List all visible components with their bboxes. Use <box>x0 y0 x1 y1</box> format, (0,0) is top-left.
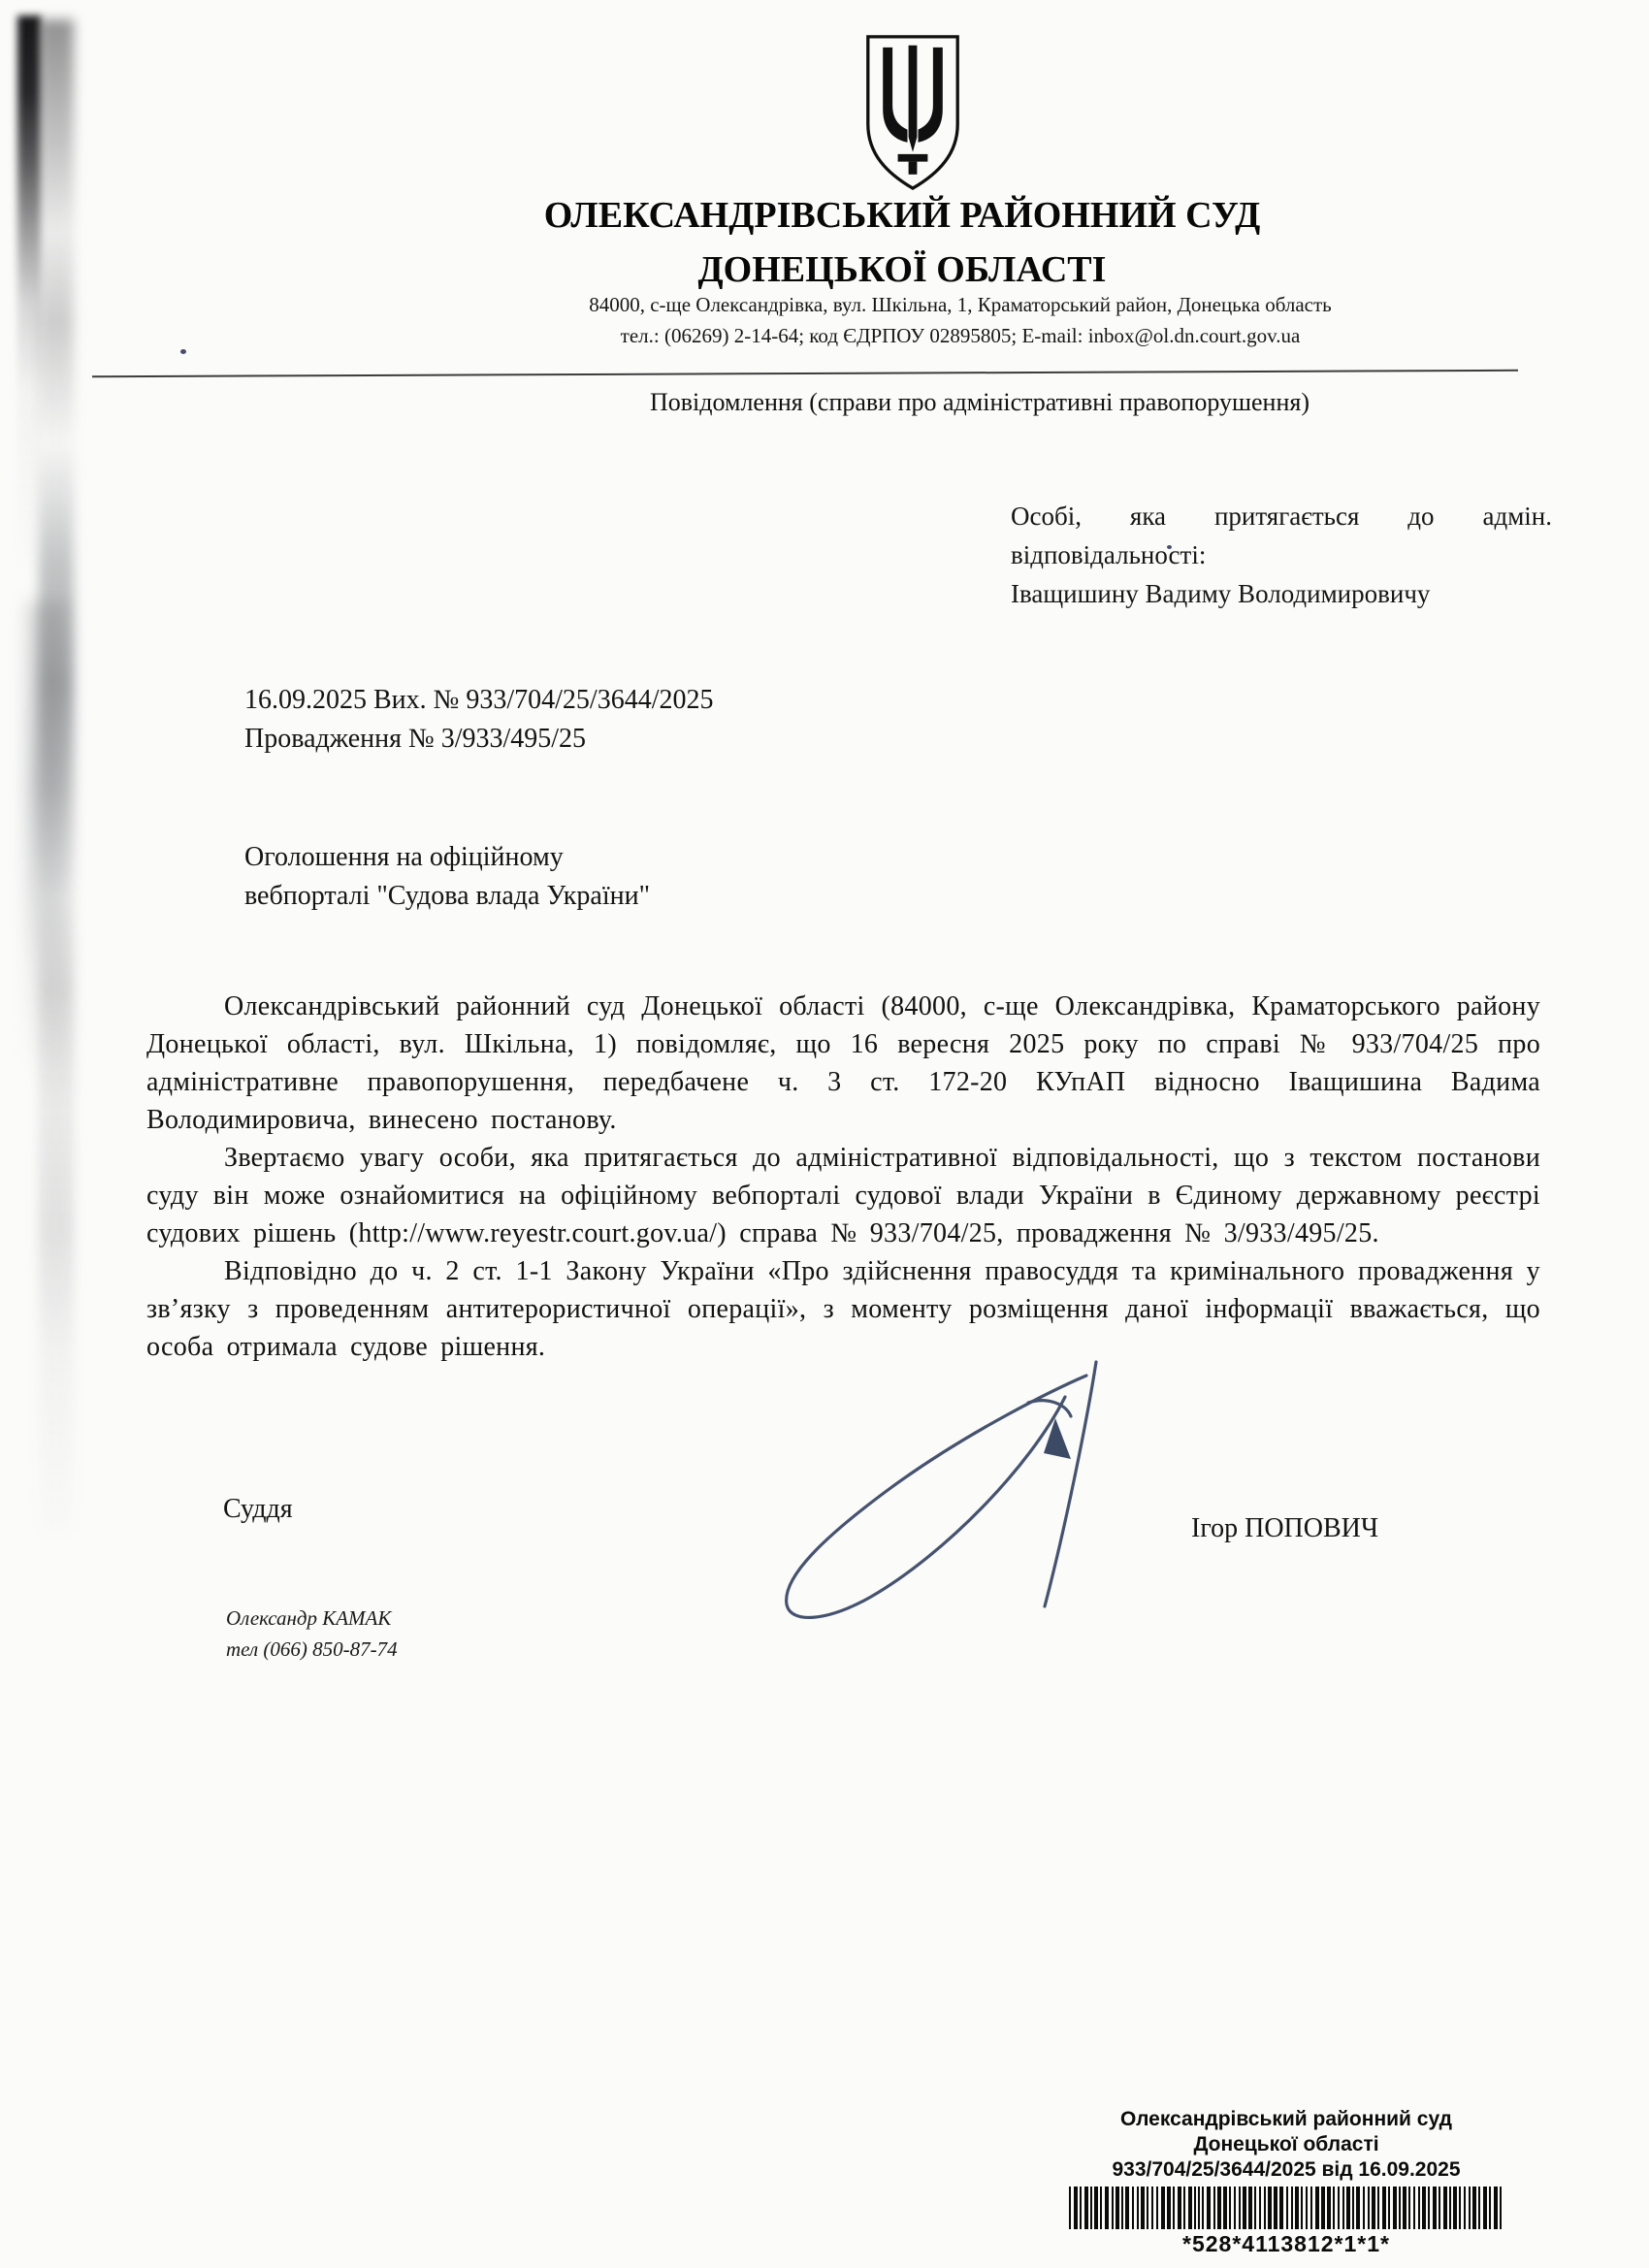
letterhead-divider <box>92 370 1518 377</box>
addressee-block: Особі, яка притягається до адмін. відпов… <box>1011 497 1552 613</box>
contact-name: Олександр КАМАК <box>226 1603 398 1634</box>
footer-stamp: Олександрівський районний суд Донецької … <box>1040 2107 1533 2256</box>
document-body: Олександрівський районний суд Донецької … <box>146 988 1540 1366</box>
addressee-line3: Іващишину Вадиму Володимировичу <box>1011 574 1552 613</box>
barcode <box>1048 2187 1525 2229</box>
letterhead-address: 84000, с-ще Олександрівка, вул. Шкільна,… <box>136 289 1649 351</box>
publication-note: Оголошення на офіційному вебпорталі "Суд… <box>244 838 650 916</box>
contact-block: Олександр КАМАК тел (066) 850-87-74 <box>226 1603 398 1665</box>
body-paragraph-3: Відповідно до ч. 2 ст. 1-1 Закону Україн… <box>146 1252 1540 1366</box>
scanned-document-page: ОЛЕКСАНДРІВСЬКИЙ РАЙОННИЙ СУД ДОНЕЦЬКОЇ … <box>0 0 1649 2268</box>
stamp-court-line1: Олександрівський районний суд <box>1040 2107 1533 2132</box>
body-paragraph-1: Олександрівський районний суд Донецької … <box>146 988 1540 1139</box>
addressee-line2: відповідальності: <box>1011 535 1552 574</box>
addressee-line1: Особі, яка притягається до адмін. <box>1011 497 1552 535</box>
publication-note-line2: вебпорталі "Судова влада України" <box>244 877 650 916</box>
judge-label: Суддя <box>223 1494 293 1525</box>
judge-name: Ігор ПОПОВИЧ <box>1191 1513 1378 1544</box>
body-paragraph-2: Звертаємо увагу особи, яка притягається … <box>146 1139 1540 1252</box>
stamp-court-line2: Донецької області <box>1040 2132 1533 2157</box>
contact-phone: тел (066) 850-87-74 <box>226 1634 398 1665</box>
publication-note-line1: Оголошення на офіційному <box>244 838 650 877</box>
outgoing-number-line: 16.09.2025 Вих. № 933/704/25/3644/2025 <box>244 681 714 720</box>
scan-smudge-left-dark <box>17 16 41 568</box>
court-name-line1: ОЛЕКСАНДРІВСЬКИЙ РАЙОННИЙ СУД <box>78 188 1649 243</box>
address-line2: тел.: (06269) 2-14-64; код ЄДРПОУ 028958… <box>136 320 1649 351</box>
stamp-doc-number: 933/704/25/3644/2025 від 16.09.2025 <box>1040 2157 1533 2183</box>
subject-line: Повідомлення (справи про адміністративні… <box>155 388 1649 417</box>
scan-smudge-left-mid <box>27 601 68 1067</box>
handwritten-signature <box>679 1358 1135 1678</box>
ukraine-trident-emblem-icon <box>859 29 966 196</box>
proceeding-number-line: Провадження № 3/933/495/25 <box>244 720 714 759</box>
barcode-caption: *528*4113812*1*1* <box>1040 2231 1533 2256</box>
address-line1: 84000, с-ще Олександрівка, вул. Шкільна,… <box>136 289 1649 320</box>
reference-block: 16.09.2025 Вих. № 933/704/25/3644/2025 П… <box>244 681 714 759</box>
letterhead-court-name: ОЛЕКСАНДРІВСЬКИЙ РАЙОННИЙ СУД ДОНЕЦЬКОЇ … <box>78 188 1649 297</box>
